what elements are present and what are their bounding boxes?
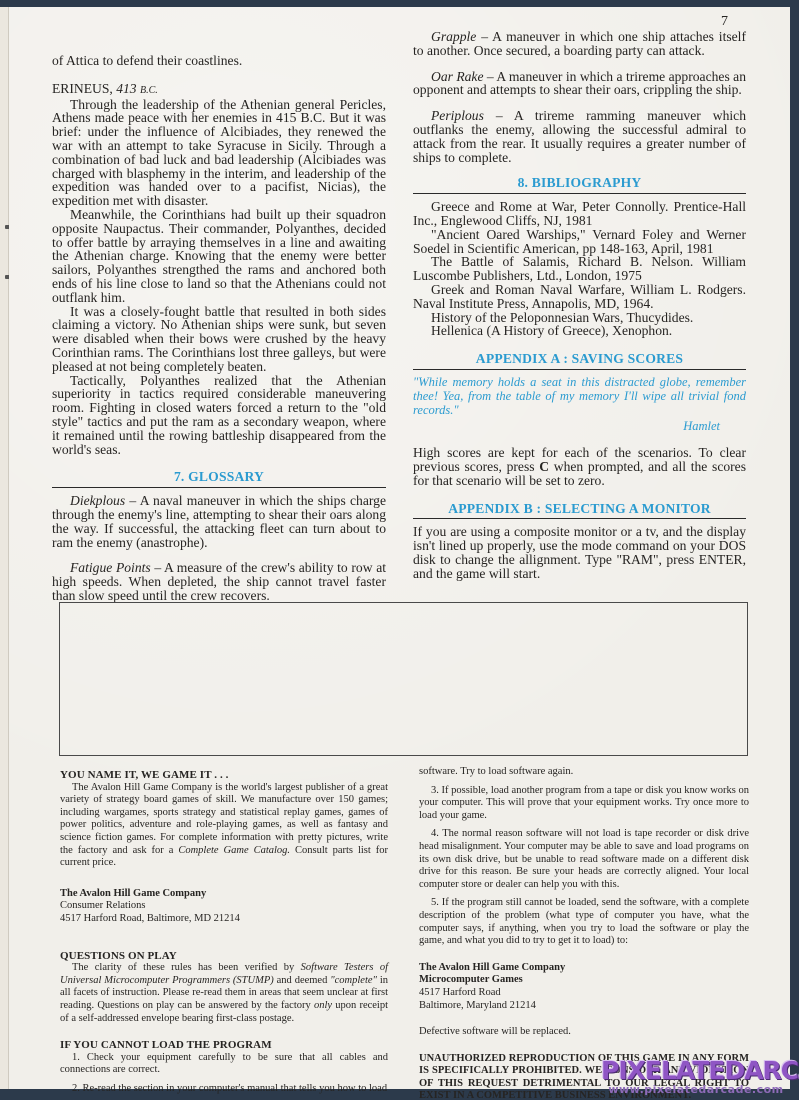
load-step-2-cont: software. Try to load software again. bbox=[419, 766, 749, 779]
bibliography-entry: Greece and Rome at War, Peter Connolly. … bbox=[413, 200, 746, 228]
load-step-4: 4. The normal reason software will not l… bbox=[419, 828, 749, 891]
page-number: 7 bbox=[721, 14, 728, 30]
erineus-heading-era: B.C. bbox=[140, 85, 158, 96]
erineus-paragraph: Through the leadership of the Athenian g… bbox=[52, 98, 386, 208]
bibliography-entry: "Ancient Oared Warships," Vernard Foley … bbox=[413, 228, 746, 256]
address-street: 4517 Harford Road, Baltimore, MD 21214 bbox=[60, 913, 388, 926]
glossary-entry: Oar Rake – A maneuver in which a trireme… bbox=[413, 70, 746, 98]
erineus-heading-year: 413 bbox=[116, 81, 136, 96]
bibliography-entry: Hellenica (A History of Greece), Xenopho… bbox=[413, 324, 746, 338]
glossary-term: Oar Rake bbox=[431, 69, 484, 84]
intro-line: of Attica to defend their coastlines. bbox=[52, 54, 386, 68]
questions-body: The clarity of these rules has been veri… bbox=[60, 962, 388, 1025]
only-word: only bbox=[314, 1000, 332, 1011]
address-company: The Avalon Hill Game Company bbox=[60, 888, 388, 901]
watermark-url: www.pixelatedarcade.com bbox=[601, 1084, 791, 1096]
watermark: PIXELATEDARCADE www.pixelatedarcade.com bbox=[601, 1058, 791, 1096]
hamlet-quote: "While memory holds a seat in this distr… bbox=[413, 376, 746, 417]
footer-left: YOU NAME IT, WE GAME IT . . . The Avalon… bbox=[60, 769, 388, 1095]
appendix-b-title: APPENDIX B : SELECTING A MONITOR bbox=[413, 502, 746, 520]
bibliography-entry: History of the Peloponnesian Wars, Thucy… bbox=[413, 311, 746, 325]
page-binding bbox=[0, 7, 9, 1089]
cannot-load-title: IF YOU CANNOT LOAD THE PROGRAM bbox=[60, 1039, 388, 1052]
load-step-1: 1. Check your equipment carefully to be … bbox=[60, 1052, 388, 1077]
left-column: of Attica to defend their coastlines. ER… bbox=[52, 54, 386, 603]
empty-bordered-box bbox=[59, 602, 748, 756]
bibliography-entry: The Battle of Salamis, Richard B. Nelson… bbox=[413, 255, 746, 283]
glossary-entry: Periplous – A trireme ramming maneuver w… bbox=[413, 109, 746, 164]
clear-key: C bbox=[539, 459, 549, 474]
address-street: 4517 Harford Road bbox=[419, 987, 749, 1000]
footer-right: software. Try to load software again. 3.… bbox=[419, 766, 749, 1100]
address-company: The Avalon Hill Game Company bbox=[419, 962, 749, 975]
you-name-it-body: The Avalon Hill Game Company is the worl… bbox=[60, 782, 388, 870]
appendix-b-body: If you are using a composite monitor or … bbox=[413, 525, 746, 580]
erineus-paragraph: Meanwhile, the Corinthians had built up … bbox=[52, 208, 386, 305]
defective-note: Defective software will be replaced. bbox=[419, 1026, 749, 1039]
glossary-entry: Diekplous – A naval maneuver in which th… bbox=[52, 494, 386, 549]
appendix-a-title: APPENDIX A : SAVING SCORES bbox=[413, 352, 746, 370]
erineus-paragraph: Tactically, Polyanthes realized that the… bbox=[52, 374, 386, 457]
glossary-term: Grapple bbox=[431, 29, 476, 44]
glossary-term: Diekplous bbox=[70, 493, 125, 508]
address-dept: Microcomputer Games bbox=[419, 974, 749, 987]
complete-word: "complete" bbox=[330, 975, 377, 986]
bibliography-entry: Greek and Roman Naval Warfare, William L… bbox=[413, 283, 746, 311]
glossary-title: 7. GLOSSARY bbox=[52, 470, 386, 488]
erineus-paragraph: It was a closely-fought battle that resu… bbox=[52, 305, 386, 374]
glossary-term: Periplous bbox=[431, 108, 484, 123]
glossary-entry: Fatigue Points – A measure of the crew's… bbox=[52, 561, 386, 602]
glossary-entry: Grapple – A maneuver in which one ship a… bbox=[413, 30, 746, 58]
erineus-heading-name: ERINEUS, bbox=[52, 81, 113, 96]
watermark-logo: PIXELATEDARCADE bbox=[601, 1058, 791, 1084]
you-name-it-title: YOU NAME IT, WE GAME IT . . . bbox=[60, 769, 388, 782]
questions-text: The clarity of these rules has been veri… bbox=[72, 962, 301, 973]
load-step-5: 5. If the program still cannot be loaded… bbox=[419, 897, 749, 947]
questions-title: QUESTIONS ON PLAY bbox=[60, 950, 388, 963]
load-step-2: 2. Re-read the section in your computer'… bbox=[60, 1083, 388, 1096]
quote-author: Hamlet bbox=[413, 420, 746, 434]
bibliography-title: 8. BIBLIOGRAPHY bbox=[413, 176, 746, 194]
appendix-a-body: High scores are kept for each of the sce… bbox=[413, 446, 746, 487]
questions-text: and deemed bbox=[274, 975, 330, 986]
glossary-term: Fatigue Points bbox=[70, 560, 151, 575]
right-column: Grapple – A maneuver in which one ship a… bbox=[413, 30, 746, 581]
erineus-heading: ERINEUS, 413 B.C. bbox=[52, 82, 386, 98]
catalog-title: Complete Game Catalog. bbox=[178, 845, 290, 856]
address-city: Baltimore, Maryland 21214 bbox=[419, 1000, 749, 1013]
load-step-3: 3. If possible, load another program fro… bbox=[419, 785, 749, 823]
address-dept: Consumer Relations bbox=[60, 900, 388, 913]
